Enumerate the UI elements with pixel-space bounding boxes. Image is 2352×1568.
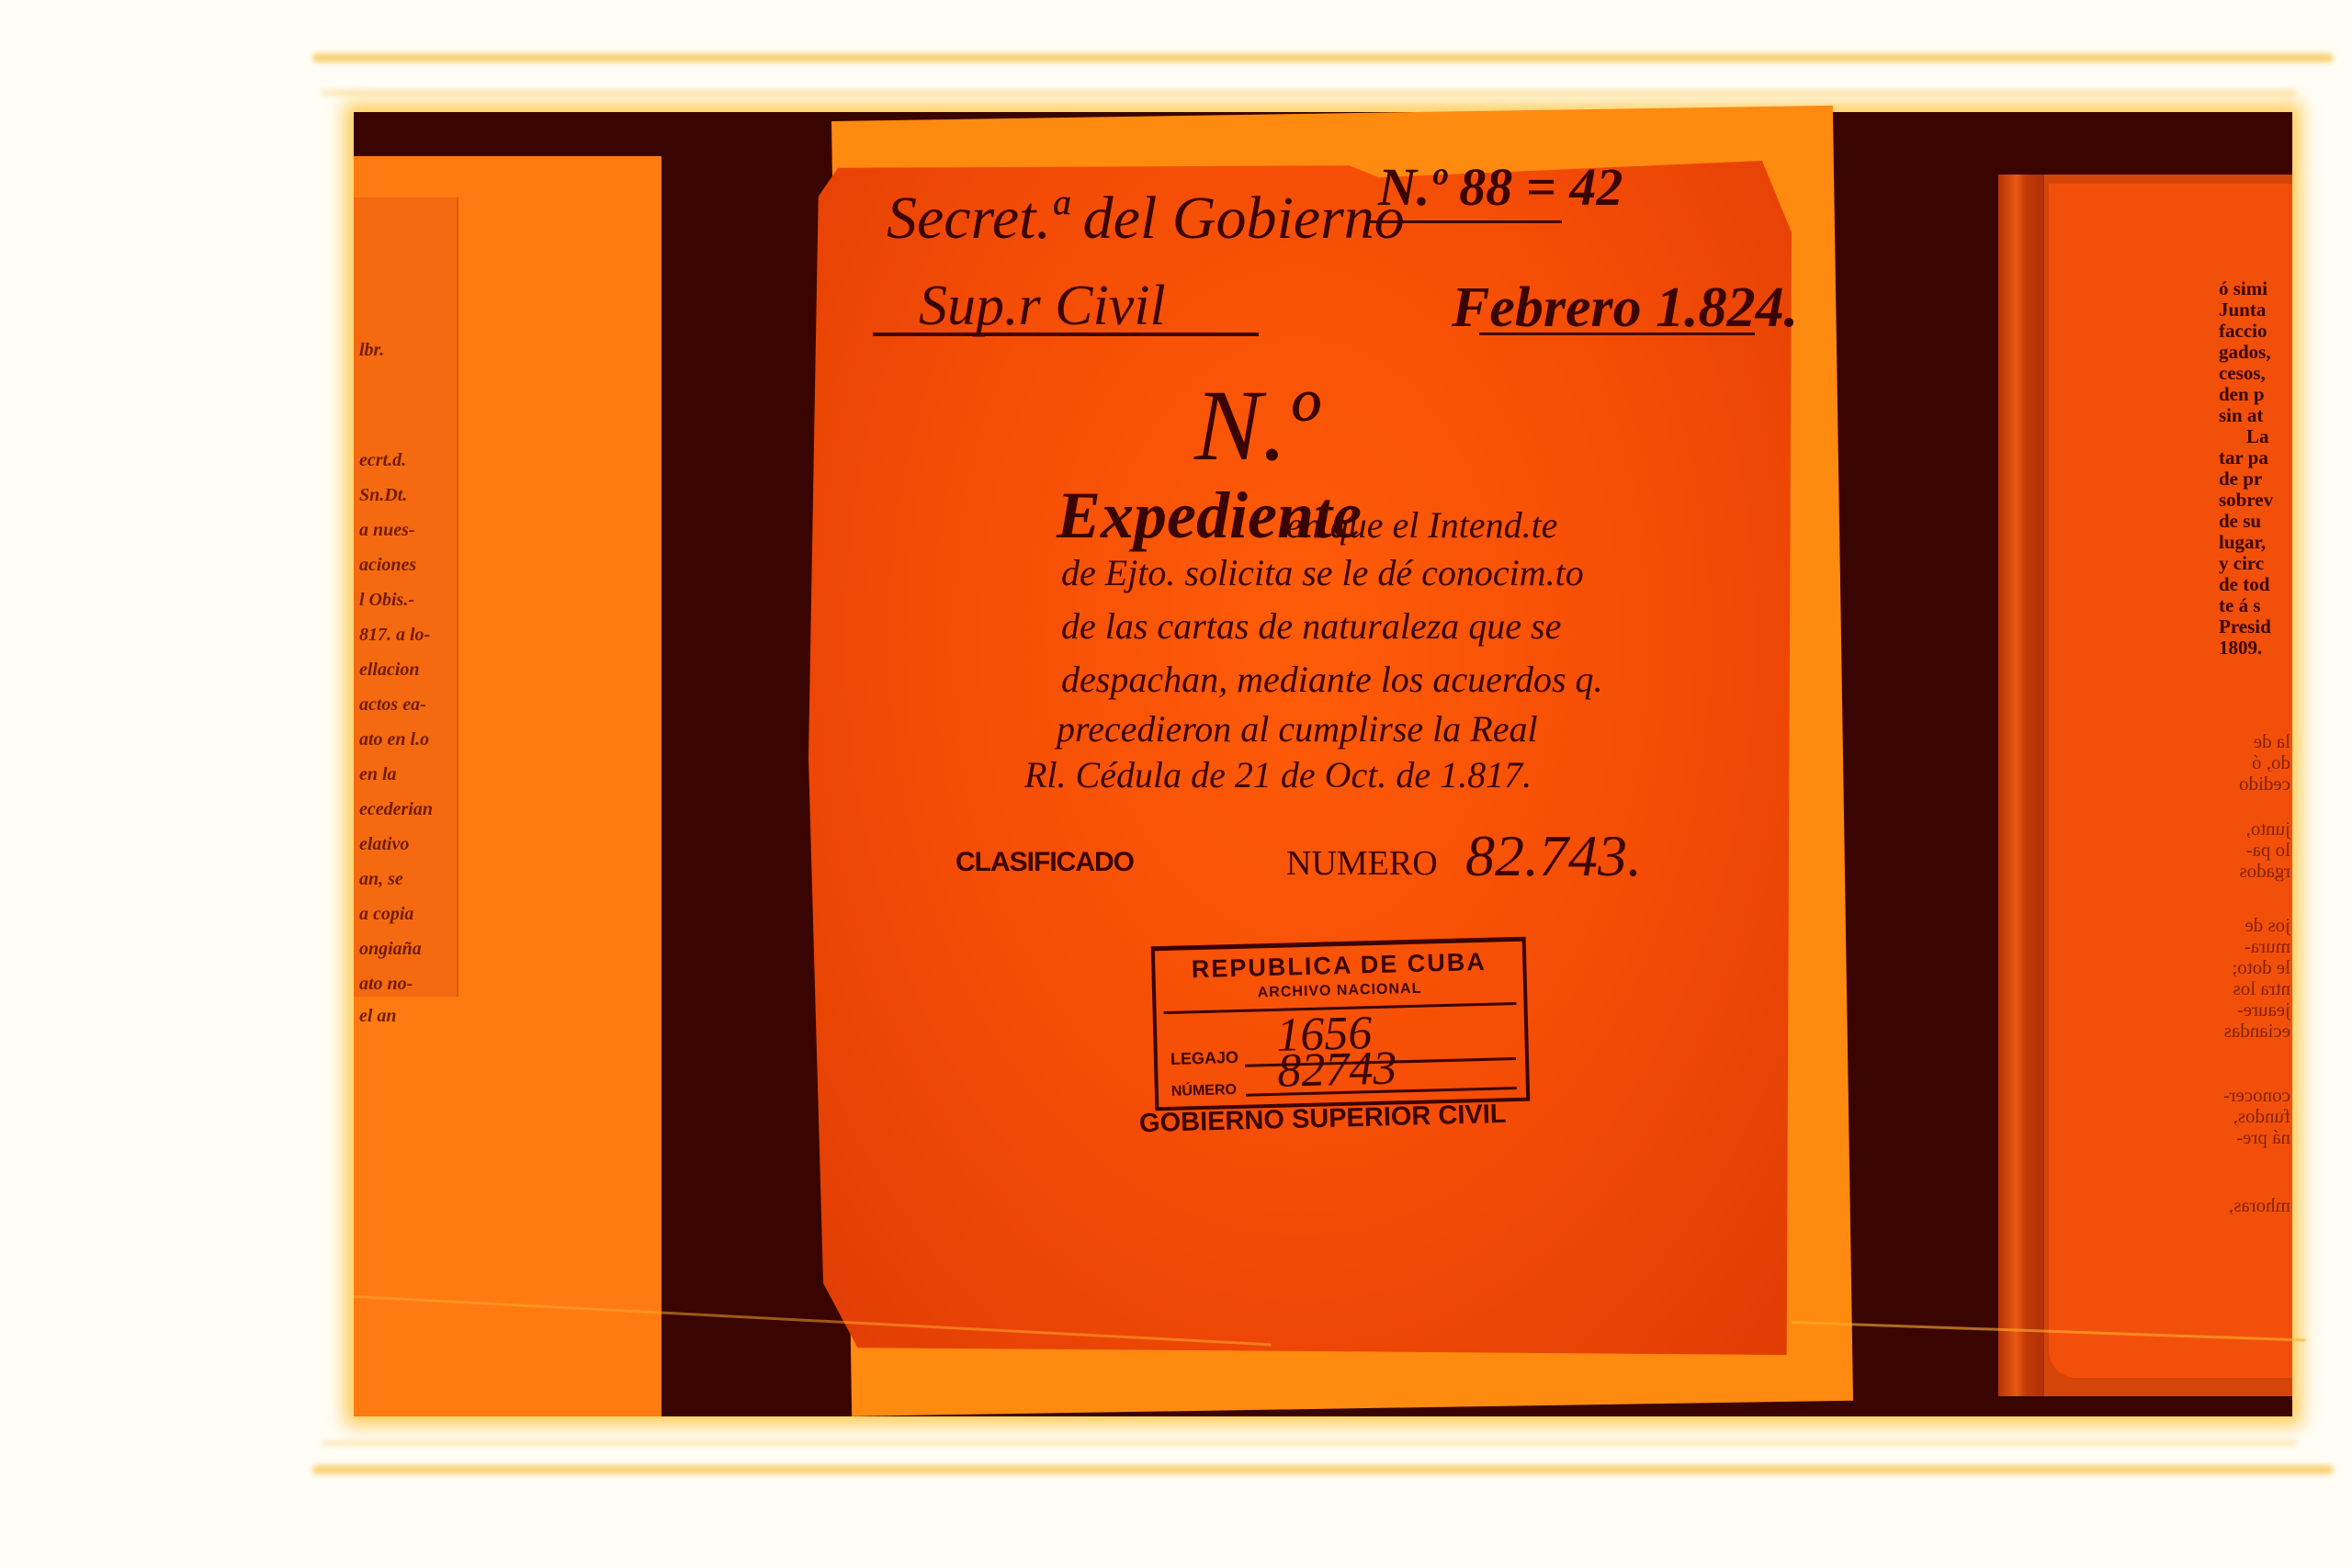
bleed-through-line: conocer- — [2219, 1084, 2290, 1107]
printed-line: 1809. — [2219, 637, 2290, 660]
printed-line: den p — [2219, 383, 2290, 406]
bleed-through-line: junto, — [2219, 818, 2290, 840]
header-file-number: N.º 88 = 42 — [1378, 156, 1623, 218]
archive-stamp: REPUBLICA DE CUBA ARCHIVO NACIONAL LEGAJ… — [1151, 937, 1531, 1111]
bleed-through-line: la de — [2219, 730, 2290, 753]
left-line: Sn.Dt. — [359, 485, 455, 506]
left-line: an, se — [359, 869, 455, 890]
printed-line: tar pa — [2219, 446, 2290, 469]
left-line: ellacion — [359, 660, 455, 681]
header-date: Febrero 1.824. — [1452, 276, 1798, 341]
body-line: en que el Intend.te — [1286, 503, 1557, 547]
bleed-through-line: fundos, — [2219, 1105, 2290, 1128]
film-edge-top — [312, 53, 2334, 62]
bleed-through-line: mhoras, — [2219, 1194, 2290, 1217]
body-line: despachan, mediante los acuerdos q. — [1061, 658, 1603, 701]
printed-line: ó simi — [2219, 277, 2290, 300]
left-line: el an — [359, 1006, 455, 1027]
numero-label: NUMERO — [1286, 843, 1438, 884]
classification-label: CLASIFICADO — [955, 847, 1134, 878]
left-page-text-strip: lbr. ecrt.d. Sn.Dt. a nues- aciones l Ob… — [354, 197, 458, 997]
printed-line: y circ — [2219, 552, 2290, 575]
stamp-legajo-label: LEGAJO — [1170, 1048, 1239, 1069]
bleed-through-line: eciandas — [2219, 1020, 2290, 1043]
printed-line: La — [2219, 425, 2318, 448]
printed-line: sobrev — [2219, 489, 2290, 512]
header-secretaria: Secret.ª del Gobierno — [887, 184, 1405, 254]
left-line: ecederian — [359, 799, 455, 820]
left-page: lbr. ecrt.d. Sn.Dt. a nues- aciones l Ob… — [354, 156, 661, 1416]
printed-line: gados, — [2219, 341, 2290, 364]
printed-line: Junta — [2219, 299, 2290, 321]
left-line: l Obis.- — [359, 590, 455, 611]
body-line: precedieron al cumplirse la Real — [1057, 707, 1538, 750]
left-line: en la — [359, 764, 455, 785]
printed-line: de tod — [2219, 573, 2290, 596]
bleed-through-line: jos de — [2219, 914, 2290, 937]
bleed-through-line: jeaure- — [2219, 998, 2290, 1021]
book-spine — [1998, 175, 2044, 1396]
bleed-through-line: cedido — [2219, 773, 2290, 795]
numero-mark: N.º — [1194, 367, 1318, 484]
printed-line: te á s — [2219, 594, 2290, 617]
left-line: elativo — [359, 834, 455, 855]
left-line: 817. a lo- — [359, 625, 455, 646]
header-number-underline — [1369, 220, 1562, 223]
body-line: Rl. Cédula de 21 de Oct. de 1.817. — [1024, 753, 1532, 796]
numero-value: 82.743. — [1465, 822, 1642, 890]
body-line: de las cartas de naturaleza que se — [1061, 604, 1561, 648]
left-line: ato en l.o — [359, 729, 455, 750]
printed-line: sin at — [2219, 404, 2290, 427]
film-edge-bottom — [312, 1465, 2334, 1474]
bleed-through-line: le doto; — [2219, 956, 2290, 979]
printed-line: de pr — [2219, 468, 2290, 491]
bleed-through-line: ná pre- — [2219, 1126, 2290, 1149]
stamp-numero-value: 82743 — [1277, 1041, 1397, 1098]
printed-line: faccio — [2219, 320, 2290, 343]
bleed-through-line: lo pa- — [2219, 839, 2290, 862]
bleed-through-line: ntra los — [2219, 977, 2290, 1000]
stamp-numero-label: NÚMERO — [1171, 1082, 1238, 1100]
printed-line: de su — [2219, 510, 2290, 533]
left-line: a copia — [359, 904, 455, 925]
bleed-through-line: do, ó — [2219, 751, 2290, 774]
left-line: lbr. — [359, 340, 455, 361]
left-line: a nues- — [359, 520, 455, 541]
printed-line: cesos, — [2219, 362, 2290, 385]
left-line: actos ea- — [359, 694, 455, 716]
header-superior-civil: Sup.r Civil — [919, 274, 1166, 339]
film-edge-top-inner — [322, 90, 2297, 96]
bleed-through-line: rgados — [2219, 860, 2290, 883]
film-edge-bottom-inner — [322, 1440, 2297, 1446]
left-line: aciones — [359, 555, 455, 576]
bleed-through-line: mura- — [2219, 935, 2290, 958]
left-line: ato no- — [359, 974, 455, 995]
printed-line: Presid — [2219, 615, 2290, 638]
body-line: de Ejto. solicita se le dé conocim.to — [1061, 551, 1584, 594]
left-line: ongiaña — [359, 939, 455, 960]
printed-line: lugar, — [2219, 531, 2290, 554]
header-underline-left — [873, 333, 1259, 336]
left-line: ecrt.d. — [359, 450, 455, 471]
header-date-underline — [1479, 333, 1755, 335]
